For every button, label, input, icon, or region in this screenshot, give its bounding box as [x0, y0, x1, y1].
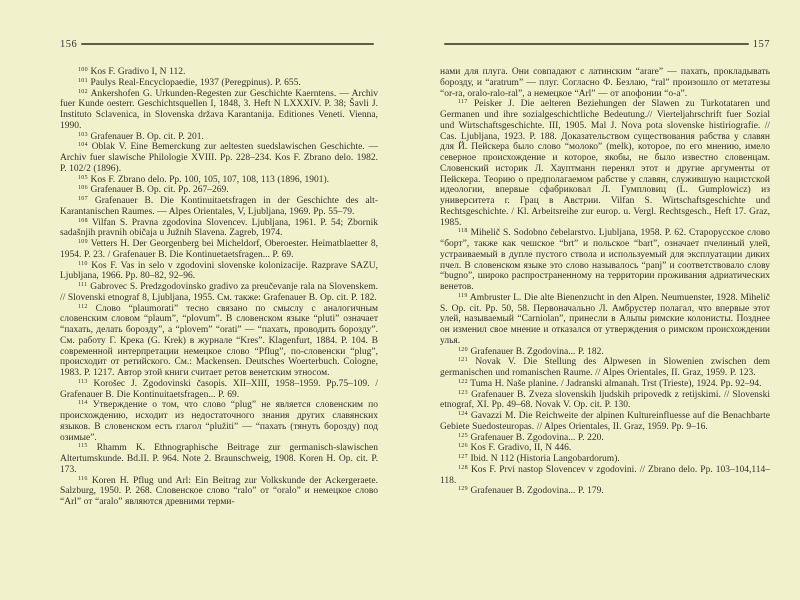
- footnote-number: 121: [458, 357, 468, 363]
- footnote-number: 110: [78, 261, 88, 267]
- footnote-118: 118 Mihelič S. Sodobno čebelarstvo. Ljub…: [440, 228, 770, 293]
- footnote-125: 125 Grafenauer B. Zgodovina... P. 220.: [440, 433, 770, 444]
- footnote-number: 114: [78, 400, 88, 406]
- footnote-102: 102 Ankershofen G. Urkunden-Regesten zur…: [60, 89, 378, 132]
- footnote-128: 128 Kos F. Prvi nastop Slovencev v zgodo…: [440, 465, 770, 487]
- footnote-129: 129 Grafenauer B. Zgodovina... P. 179.: [440, 486, 770, 497]
- footnote-110: 110 Kos F. Vas in selo v zgodovini slove…: [60, 261, 378, 283]
- footnote-number: 124: [458, 411, 468, 417]
- footnote-number: 111: [78, 282, 87, 288]
- page-header-left: 156: [60, 38, 378, 50]
- footnote-number: 109: [78, 239, 88, 245]
- footnote-number: 125: [458, 433, 468, 439]
- footnote-number: 123: [458, 390, 468, 396]
- footnote-126: 126 Kos F. Gradivo, II, N 446.: [440, 443, 770, 454]
- footnote-107: 107 Grafenauer B. Die Kontinuitaetsfrage…: [60, 196, 378, 218]
- footnote-number: 100: [78, 67, 88, 73]
- footnote-101: 101 Paulys Real-Encyclopaedie, 1937 (Per…: [60, 78, 378, 89]
- footnote-number: 118: [458, 228, 468, 234]
- footnote-103: 103 Grafenauer B. Op. cit. P. 201.: [60, 132, 378, 143]
- footnote-109: 109 Vetters H. Der Georgenberg bei Miche…: [60, 239, 378, 261]
- footnote-number: 113: [78, 379, 88, 385]
- page-156: 156 100 Kos F. Gradivo I, N 112.101 Paul…: [60, 38, 378, 508]
- footnote-number: 127: [458, 454, 468, 460]
- footnote-112: 112 Слово “plaumorati” тесно связано по …: [60, 304, 378, 379]
- footnote-113: 113 Korošec J. Zgodovinski časopis. XII–…: [60, 379, 378, 401]
- footnote-number: 120: [458, 347, 468, 353]
- footnote-108: 108 Vilfan S. Pravna zgodovina Slovencev…: [60, 218, 378, 240]
- footnotes-column-left: 100 Kos F. Gradivo I, N 112.101 Paulys R…: [60, 67, 378, 508]
- footnote-number: 128: [458, 465, 468, 471]
- footnote-number: 119: [458, 293, 468, 299]
- footnote-114: 114 Утверждение о том, что слово “plug” …: [60, 400, 378, 443]
- footnote-number: 103: [78, 132, 88, 138]
- header-rule: [81, 43, 374, 45]
- footnote-number: 116: [78, 476, 88, 482]
- page-header-right: 157: [440, 38, 770, 50]
- page-157: 157 нами для плуга. Они совпадают с лати…: [440, 38, 770, 497]
- footnote-number: 106: [78, 185, 88, 191]
- footnote-number: 117: [458, 99, 468, 105]
- page-number: 157: [753, 39, 770, 50]
- footnote-124: 124 Gavazzi M. Die Reichweite der alpine…: [440, 411, 770, 433]
- footnote-104: 104 Oblak V. Eine Bemerckung zur aeltest…: [60, 142, 378, 174]
- footnote-number: 107: [78, 196, 88, 202]
- footnote-115: 115 Rhamm K. Ethnographische Beitrage zu…: [60, 443, 378, 475]
- continuation-paragraph: нами для плуга. Они совпадают с латински…: [440, 67, 770, 99]
- footnote-number: 115: [78, 443, 88, 449]
- footnote-123: 123 Grafenauer B. Zveza slovenskih ljuds…: [440, 390, 770, 412]
- footnote-number: 122: [458, 379, 468, 385]
- footnote-127: 127 Ibid. N 112 (Historia Langobardorum)…: [440, 454, 770, 465]
- footnote-116: 116 Koren H. Pflug und Arl: Ein Beitrag …: [60, 476, 378, 508]
- footnote-106: 106 Grafenauer B. Op. cit. Pp. 267–269.: [60, 185, 378, 196]
- footnote-number: 101: [78, 78, 88, 84]
- header-rule: [444, 43, 749, 45]
- footnote-number: 102: [78, 89, 88, 95]
- book-spread: 156 100 Kos F. Gradivo I, N 112.101 Paul…: [0, 0, 800, 600]
- footnote-number: 129: [458, 486, 468, 492]
- footnotes-column-right: нами для плуга. Они совпадают с латински…: [440, 67, 770, 497]
- footnote-105: 105 Kos F. Zbrano delo. Pp. 100, 105, 10…: [60, 175, 378, 186]
- footnote-number: 108: [78, 218, 88, 224]
- footnote-number: 112: [78, 304, 88, 310]
- page-number: 156: [60, 39, 77, 50]
- footnote-number: 104: [78, 142, 88, 148]
- footnote-120: 120 Grafenauer B. Zgodovina... P. 182.: [440, 347, 770, 358]
- footnote-121: 121 Novak V. Die Stellung des Alpwesen i…: [440, 357, 770, 379]
- footnote-number: 126: [458, 443, 468, 449]
- footnote-number: 105: [78, 175, 88, 181]
- footnote-111: 111 Gabrovec S. Predzgodovinsko gradivo …: [60, 282, 378, 304]
- footnote-119: 119 Ambruster L. Die alte Bienenzucht in…: [440, 293, 770, 347]
- footnote-122: 122 Tuma H. Naše planine. / Jadranski al…: [440, 379, 770, 390]
- footnote-100: 100 Kos F. Gradivo I, N 112.: [60, 67, 378, 78]
- footnote-117: 117 Peisker J. Die aelteren Beziehungen …: [440, 99, 770, 228]
